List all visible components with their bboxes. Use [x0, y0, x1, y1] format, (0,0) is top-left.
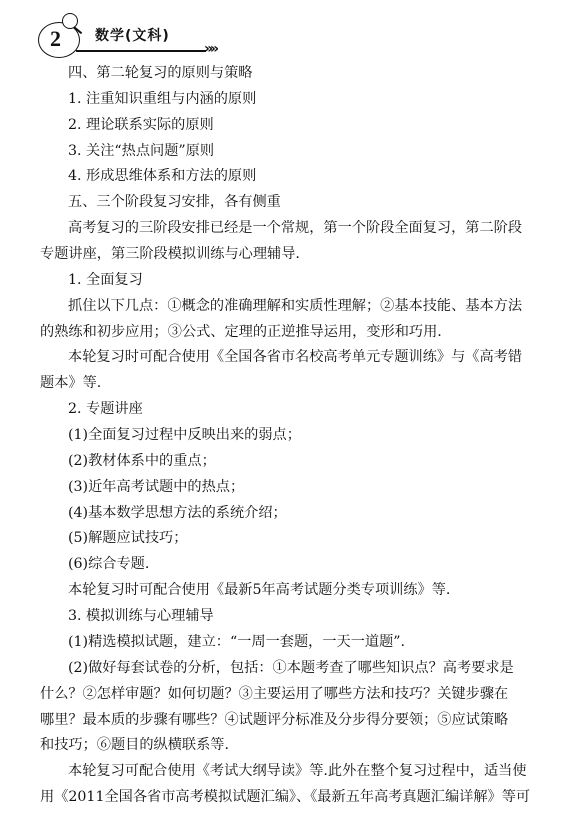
text-line: 和技巧；⑥题目的纵横联系等. — [40, 734, 229, 756]
text-line: (6)综合专题. — [68, 553, 149, 575]
text-line: (1)精选模拟试题，建立：“一周一套题，一天一道题”. — [68, 631, 405, 653]
text-line: 2. 理论联系实际的原则 — [68, 114, 214, 136]
text-line: (2)教材体系中的重点； — [68, 450, 216, 472]
text-line: 1. 注重知识重组与内涵的原则 — [68, 88, 256, 110]
text-line: 的熟练和初步应用；③公式、定理的正逆推导运用，变形和巧用. — [40, 321, 442, 343]
text-line: (2)做好每套试卷的分析，包括：①本题考查了哪些知识点？高考要求是 — [68, 657, 514, 679]
page-number: 2 — [50, 26, 61, 52]
text-line: 什么？②怎样审题？如何切题？③主要运用了哪些方法和技巧？关键步骤在 — [40, 683, 508, 705]
text-line: 本轮复习可配合使用《考试大纲导读》等.此外在整个复习过程中，适当使 — [68, 760, 527, 782]
subject-title: 数学(文科) — [95, 25, 170, 45]
text-line: 专题讲座，第三阶段模拟训练与心理辅导. — [40, 243, 300, 265]
text-line: 3. 关注“热点问题”原则 — [68, 140, 214, 162]
text-line: (3)近年高考试题中的热点； — [68, 476, 244, 498]
text-line: 用《2011全国各省市高考模拟试题汇编》、《最新五年高考真题汇编详解》等可 — [40, 786, 530, 808]
text-line: 2. 专题讲座 — [68, 398, 143, 420]
arrow-chevrons-icon: »» — [204, 41, 216, 57]
text-line: 本轮复习时可配合使用《全国各省市名校高考单元专题训练》与《高考错 — [68, 346, 522, 368]
text-line: (4)基本数学思想方法的系统介绍； — [68, 502, 287, 524]
text-line: 四、第二轮复习的原则与策略 — [68, 62, 252, 84]
page-header: 2 数学(文科) »» — [0, 0, 580, 60]
text-line: 4. 形成思维体系和方法的原则 — [68, 165, 256, 187]
text-line: 本轮复习时可配合使用《最新5年高考试题分类专项训练》等. — [68, 579, 450, 601]
text-line: 抓住以下几点：①概念的准确理解和实质性理解；②基本技能、基本方法 — [68, 295, 522, 317]
text-line: 3. 模拟训练与心理辅导 — [68, 605, 214, 627]
text-line: 题本》等. — [40, 372, 101, 394]
text-line: 1. 全面复习 — [68, 269, 143, 291]
header-rule — [76, 50, 206, 52]
text-line: (5)解题应试技巧； — [68, 527, 187, 549]
text-line: 高考复习的三阶段安排已经是一个常规，第一个阶段全面复习，第二阶段 — [68, 217, 522, 239]
text-line: 哪里？最本质的步骤有哪些？④试题评分标准及分步得分要领；⑤应试策略 — [40, 709, 508, 731]
text-line: 五、三个阶段复习安排，各有侧重 — [68, 191, 281, 213]
text-line: (1)全面复习过程中反映出来的弱点； — [68, 424, 301, 446]
